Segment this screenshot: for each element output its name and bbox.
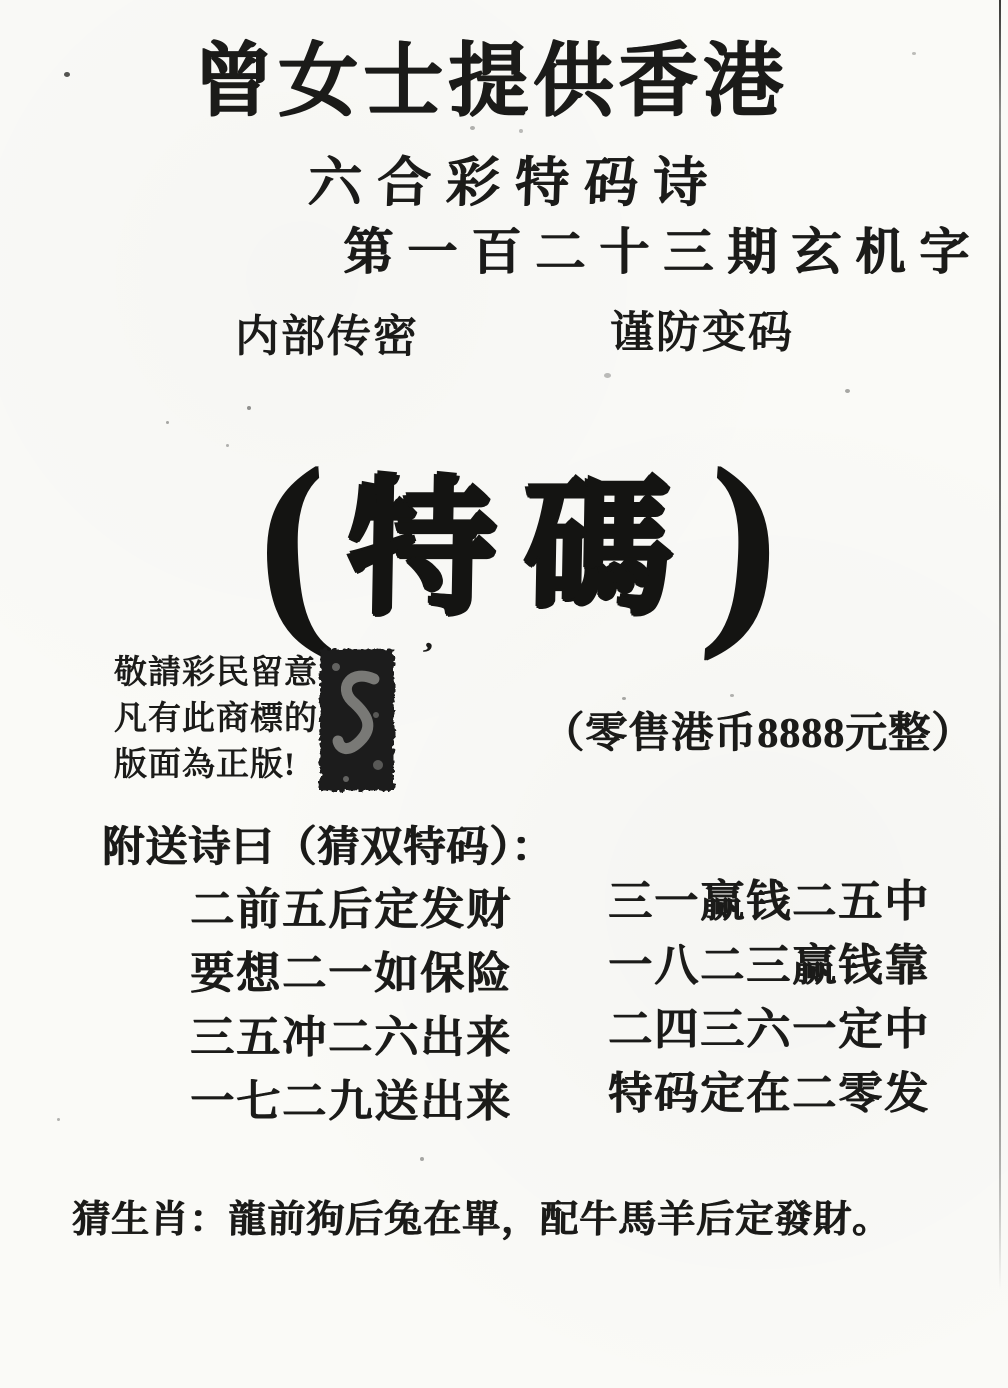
poem-columns: 二前五后定发财 要想二一如保险 三五冲二六出来 一七二九送出来 三一赢钱二五中 … [190,870,930,1134]
issue-line: 第一百二十三期玄机字 [343,212,983,284]
brush-close-paren: ) [699,444,784,646]
poem-header: 附送诗曰（猜双特码）： [102,814,554,874]
brush-open-paren: ( [251,444,336,646]
scan-speck [470,126,475,130]
retail-price: （零售港币8888元整） [542,700,974,760]
poem-right-column: 三一赢钱二五中 一八二三赢钱靠 二四三六一定中 特码定在二零发 [608,870,930,1134]
feature-text: 特碼 [328,477,707,625]
scan-speck [247,406,251,410]
scan-speck [912,52,916,55]
scan-speck [57,1118,60,1121]
scan-speck [64,72,70,77]
poem-left-column: 二前五后定发财 要想二一如保险 三五冲二六出来 一七二九送出来 [190,870,512,1134]
scanned-lottery-sheet: { "page": { "background": "#fafaf7", "in… [0,0,1008,1388]
scan-speck [845,389,850,393]
scan-speck [226,444,229,447]
zodiac-guess-line: 猜生肖：龍前狗后兔在單，配牛馬羊后定發財。 [72,1188,892,1243]
feature-special-code: ( 特碼 ) [258,452,777,650]
scan-speck [166,421,169,424]
scan-speck [622,697,626,700]
note-beware-code-change: 谨防变码 [610,296,794,360]
note-internal-secret: 内部传密 [235,300,419,364]
authenticity-notice: 敬請彩民留意 凡有此商標的 版面為正版! [114,650,318,788]
subtitle: 六合彩特码诗 [307,140,724,217]
trademark-stamp-icon [316,645,398,800]
scan-edge-line [999,0,1001,1290]
page-title: 曾女士提供香港 [193,38,788,126]
scan-speck [730,694,734,697]
scan-speck [519,129,523,133]
scan-speck [604,373,611,378]
scan-speck [420,1157,424,1161]
